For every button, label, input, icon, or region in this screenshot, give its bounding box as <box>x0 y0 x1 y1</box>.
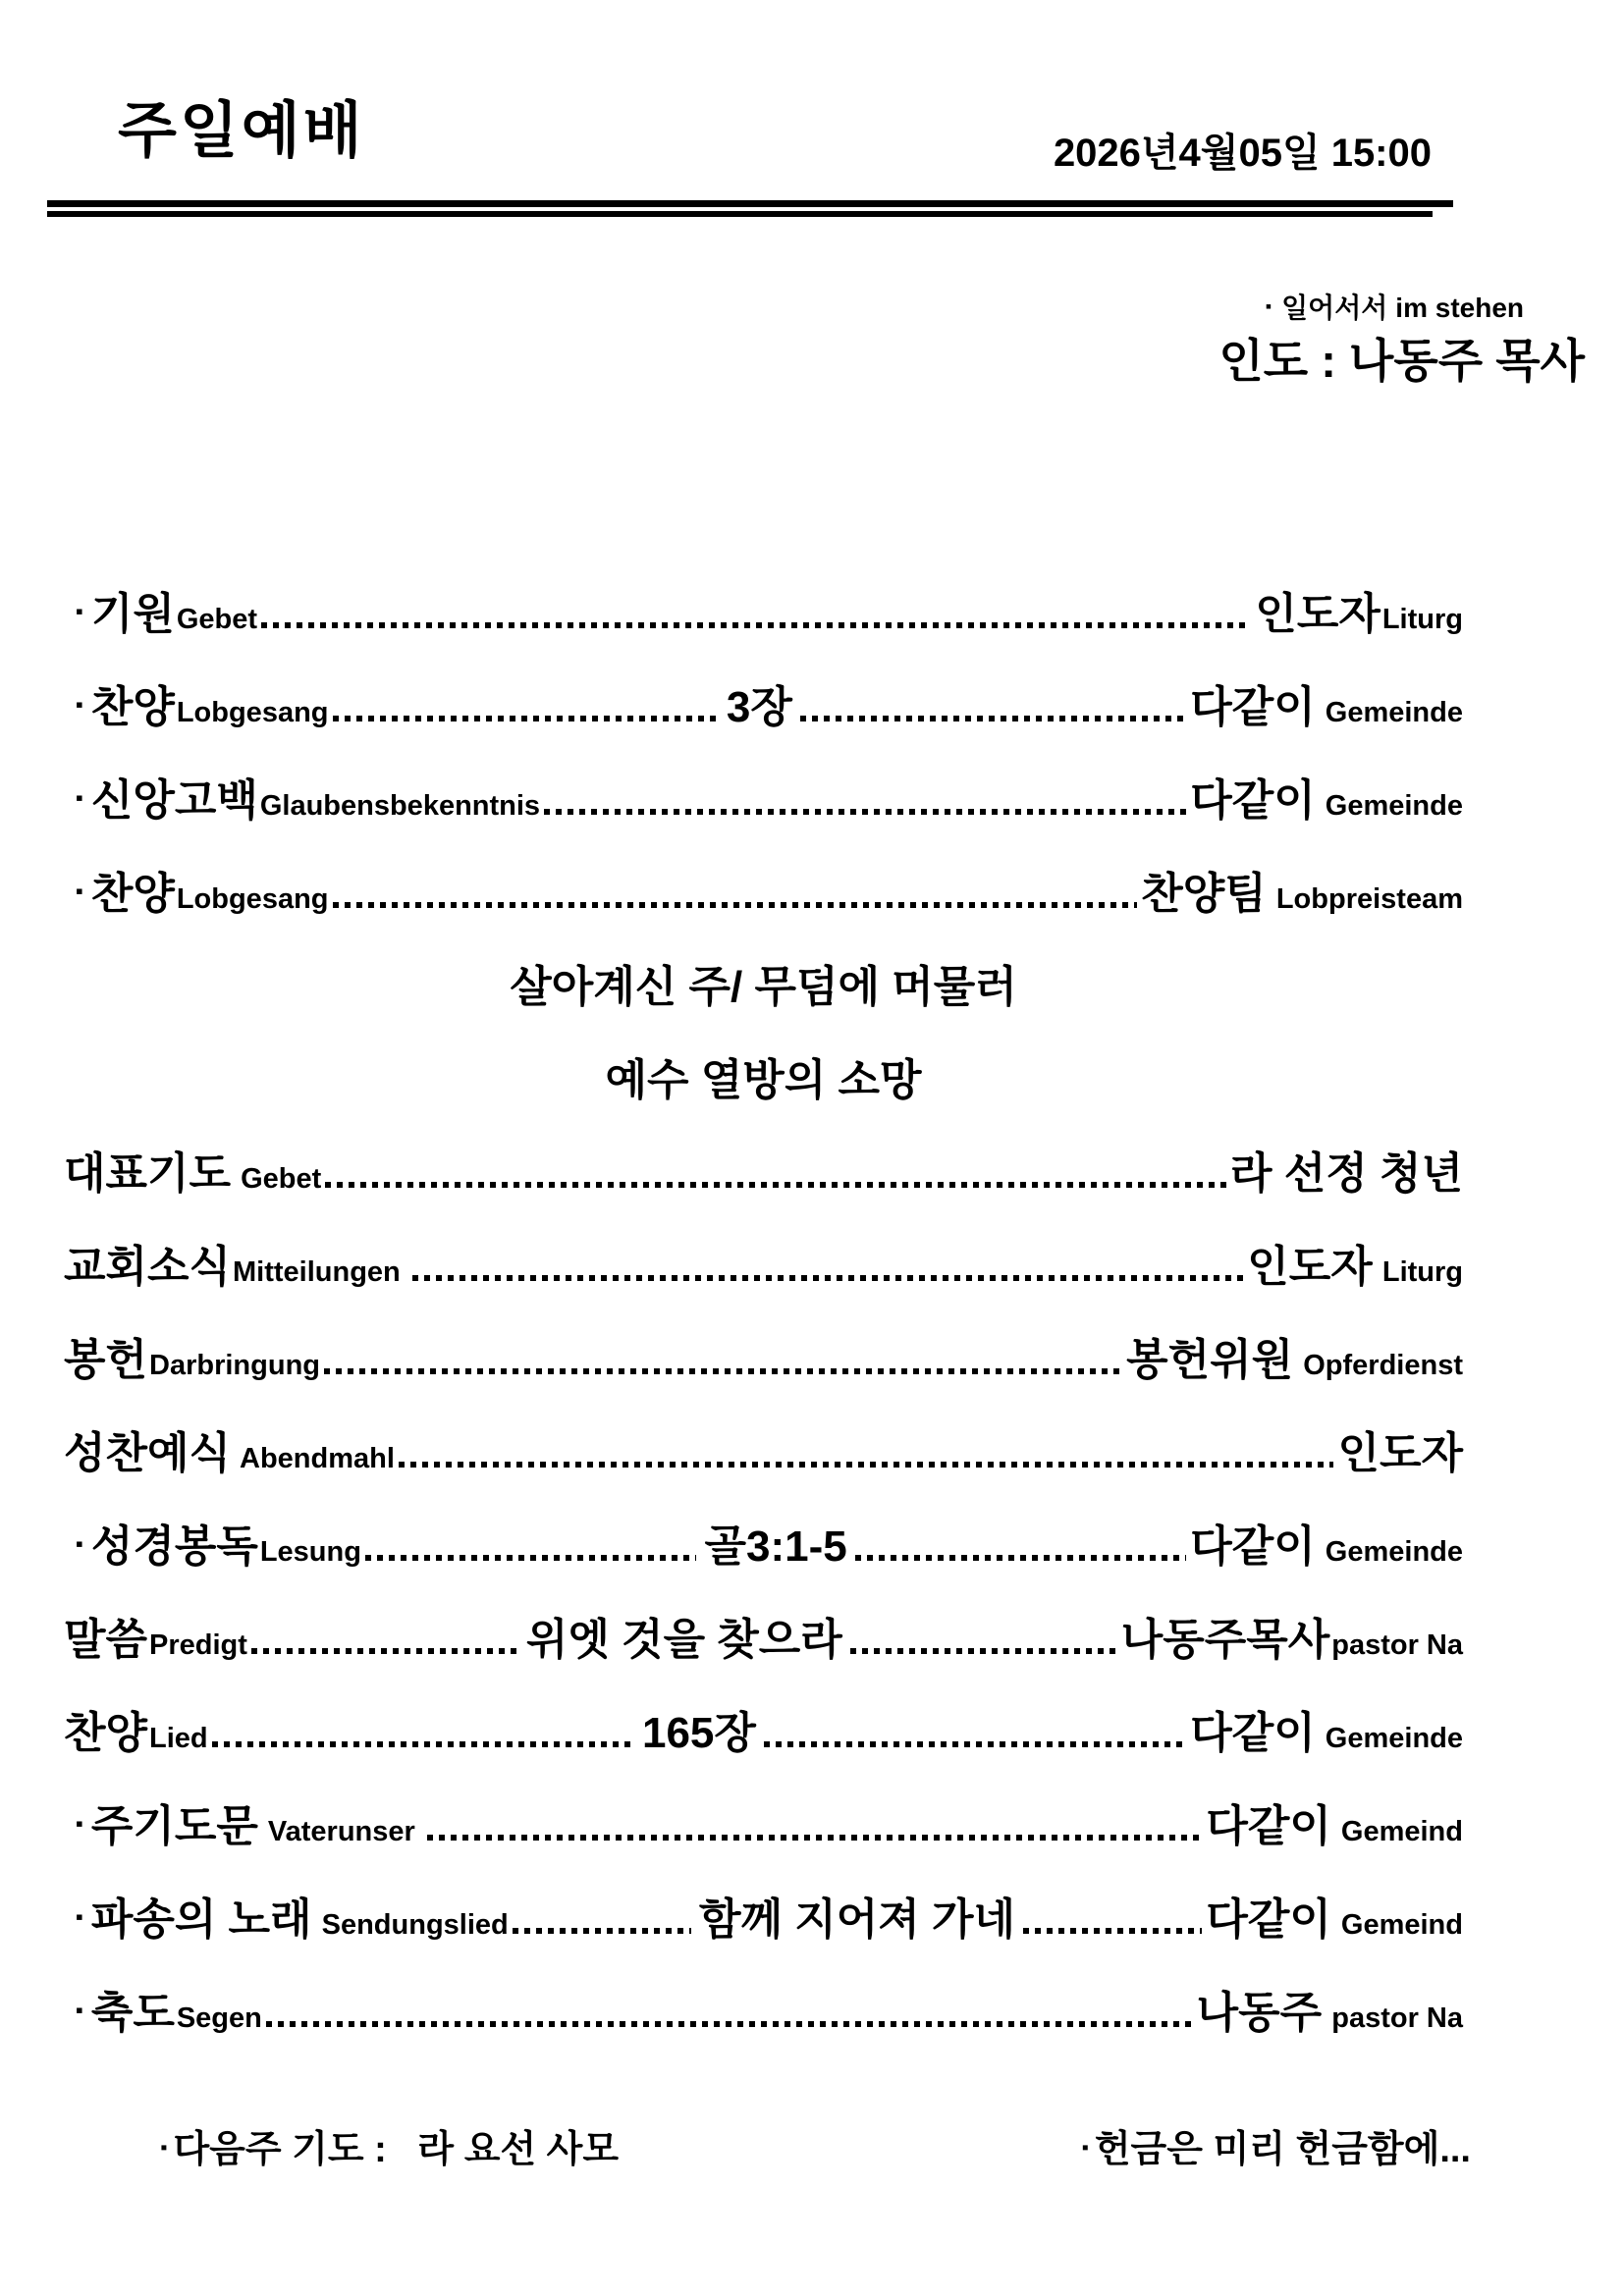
item-right-ko: 인도자 <box>1247 1244 1373 1291</box>
service-item-row: ▪ 기원 Gebet 인도자 Liturg <box>64 548 1463 641</box>
dot-leader <box>212 1741 634 1747</box>
item-right-ko: 라 선정 청년 <box>1230 1150 1463 1198</box>
item-label-de: Sendungslied <box>314 1910 509 1942</box>
item-right-de: Lobpreisteam <box>1269 884 1463 916</box>
square-bullet-icon: ▪ <box>76 1999 83 2022</box>
dot-leader <box>333 902 1138 908</box>
dot-leader <box>365 1555 697 1561</box>
item-right-de: pastor Na <box>1331 1630 1463 1662</box>
item-right-ko: 다같이 <box>1190 1523 1316 1571</box>
dot-leader <box>800 716 1186 721</box>
dot-leader <box>1023 1928 1202 1934</box>
item-label-ko: 기원 <box>91 591 175 638</box>
dot-leader <box>325 1182 1226 1188</box>
dot-leader <box>764 1741 1186 1747</box>
item-right-de: Liturg <box>1382 605 1463 636</box>
item-right-de: Gemeind <box>1333 1910 1463 1942</box>
square-bullet-icon: ▪ <box>76 600 83 623</box>
dot-leader <box>333 716 719 721</box>
service-item-row: ▪ 파송의 노래 Sendungslied 함께 지어져 가네 다같이 Geme… <box>64 1853 1463 1947</box>
item-right-de: Liturg <box>1375 1257 1463 1289</box>
square-bullet-icon: ▪ <box>76 786 83 810</box>
item-label-ko: 신앙고백 <box>91 777 258 825</box>
item-center-text: 3장 <box>727 684 792 731</box>
dot-leader <box>855 1555 1187 1561</box>
item-center-text: 함께 지어져 가네 <box>699 1896 1015 1944</box>
service-item-row: 봉헌 Darbringung 봉헌위원 Opferdienst <box>64 1294 1463 1387</box>
item-label-de: Lobgesang <box>177 884 329 916</box>
item-label-de: Predigt <box>149 1630 247 1662</box>
song-line: 예수 열방의 소망 <box>64 1014 1463 1107</box>
square-bullet-icon: ▪ <box>76 693 83 717</box>
dot-leader <box>850 1648 1117 1654</box>
service-item-row: ▪ 찬양 Lobgesang 3장 다같이 Gemeinde <box>64 641 1463 734</box>
page-title: 주일예배 <box>118 98 365 165</box>
item-label-ko: 대표기도 <box>64 1150 231 1198</box>
item-right-ko: 인도자 <box>1255 591 1380 638</box>
service-item-row: ▪ 축도 Segen 나동주 pastor Na <box>64 1947 1463 2040</box>
service-item-row: ▪ 성경봉독 Lesung 골3:1-5 다같이 Gemeinde <box>64 1480 1463 1574</box>
item-label-ko: 찬양 <box>91 871 175 918</box>
item-label-de: Abendmahl <box>233 1444 395 1475</box>
item-right-de: Gemeinde <box>1318 698 1463 729</box>
next-week-prayer-note: ▪다음주 기도 : 라 요선 사모 <box>98 2089 619 2212</box>
item-right-ko: 찬양팀 <box>1141 871 1267 918</box>
item-right-ko: 다같이 <box>1190 1710 1316 1757</box>
service-list: ▪ 기원 Gebet 인도자 Liturg ▪ 찬양 Lobgesang 3장 … <box>64 548 1463 2040</box>
bulletin-page: 주일예배 2026년4월05일 15:00 ▪일어서서im stehen 인도 … <box>0 0 1624 2296</box>
dot-leader <box>513 1928 691 1934</box>
item-right-ko: 다같이 <box>1190 684 1316 731</box>
divider-line-top <box>47 200 1453 207</box>
square-bullet-icon: ▪ <box>76 1905 83 1929</box>
dot-leader <box>261 622 1251 628</box>
square-bullet-icon: ▪ <box>76 880 83 903</box>
item-right-ko: 나동주 <box>1197 1990 1323 2037</box>
dot-leader <box>266 2021 1193 2027</box>
item-label-ko: 성찬예식 <box>64 1430 231 1477</box>
dot-leader <box>251 1648 518 1654</box>
item-right-ko: 다같이 <box>1190 777 1316 825</box>
presider-line: 인도 : 나동주 목사 <box>1218 336 1585 387</box>
next-week-prayer-text: 다음주 기도 : 라 요선 사모 <box>173 2129 619 2170</box>
square-bullet-icon: ▪ <box>160 2137 167 2159</box>
dot-leader <box>399 1462 1334 1468</box>
standing-note-de: im stehen <box>1395 293 1524 323</box>
item-label-ko: 찬양 <box>91 684 175 731</box>
item-label-de: Glaubensbekenntnis <box>260 791 540 823</box>
item-center-text: 골3:1-5 <box>704 1523 846 1571</box>
item-label-de: Segen <box>177 2003 262 2035</box>
item-right-de: Gemeind <box>1333 1817 1463 1848</box>
square-bullet-icon: ▪ <box>76 1812 83 1836</box>
service-item-row: 교회소식 Mitteilungen 인도자 Liturg <box>64 1201 1463 1294</box>
item-label-ko: 봉헌 <box>64 1337 147 1384</box>
service-item-row: 말씀 Predigt 위엣 것을 찾으라 나동주목사 pastor Na <box>64 1574 1463 1667</box>
song-title: 예수 열방의 소망 <box>606 1057 922 1104</box>
item-right-ko: 봉헌위원 <box>1126 1337 1293 1384</box>
item-label-ko: 찬양 <box>64 1710 147 1757</box>
header-divider <box>47 200 1453 217</box>
song-line: 살아계신 주/ 무덤에 머물러 <box>64 921 1463 1014</box>
item-label-de: Mitteilungen <box>233 1257 408 1289</box>
item-right-de: Gemeinde <box>1318 1724 1463 1755</box>
item-label-de: Darbringung <box>149 1351 320 1382</box>
item-right-ko: 다같이 <box>1206 1896 1331 1944</box>
item-label-ko: 성경봉독 <box>91 1523 258 1571</box>
item-label-ko: 파송의 노래 <box>91 1896 312 1944</box>
item-center-text: 위엣 것을 찾으라 <box>526 1617 842 1664</box>
item-label-de: Lobgesang <box>177 698 329 729</box>
item-right-de: Opferdienst <box>1295 1351 1463 1382</box>
offering-note-text: 헌금은 미리 헌금함에... <box>1095 2129 1471 2170</box>
divider-line-bottom <box>47 211 1433 217</box>
dot-leader <box>544 809 1186 815</box>
service-item-row: 찬양 Lied 165장 다같이 Gemeinde <box>64 1667 1463 1760</box>
service-datetime: 2026년4월05일 15:00 <box>1054 132 1432 175</box>
item-right-ko: 다같이 <box>1206 1803 1331 1850</box>
dot-leader <box>412 1275 1243 1281</box>
service-item-row: 성찬예식 Abendmahl 인도자 <box>64 1387 1463 1480</box>
square-bullet-icon: ▪ <box>1082 2137 1089 2159</box>
item-label-de: Gebet <box>177 605 257 636</box>
item-right-ko: 나동주목사 <box>1121 1617 1330 1664</box>
item-label-ko: 말씀 <box>64 1617 147 1664</box>
offering-note: ▪헌금은 미리 헌금함에... <box>1019 2089 1471 2212</box>
item-label-de: Gebet <box>233 1164 321 1196</box>
service-item-row: 대표기도 Gebet 라 선정 청년 <box>64 1107 1463 1201</box>
service-item-row: ▪ 신앙고백 Glaubensbekenntnis 다같이 Gemeinde <box>64 734 1463 828</box>
dot-leader <box>324 1368 1122 1374</box>
square-bullet-icon: ▪ <box>1266 296 1272 316</box>
item-label-de: Lesung <box>260 1537 361 1569</box>
song-title: 살아계신 주/ 무덤에 머물러 <box>510 964 1016 1011</box>
item-label-ko: 주기도문 <box>91 1803 258 1850</box>
item-right-de: pastor Na <box>1324 2003 1463 2035</box>
item-label-de: Vaterunser <box>260 1817 423 1848</box>
item-right-de: Gemeinde <box>1318 1537 1463 1569</box>
item-label-de: Lied <box>149 1724 208 1755</box>
service-item-row: ▪ 주기도문 Vaterunser 다같이 Gemeind <box>64 1760 1463 1853</box>
square-bullet-icon: ▪ <box>76 1532 83 1556</box>
standing-note-ko: 일어서서 <box>1281 293 1387 323</box>
item-label-ko: 축도 <box>91 1990 175 2037</box>
dot-leader <box>427 1835 1202 1841</box>
item-center-text: 165장 <box>642 1710 756 1757</box>
item-right-de: Gemeinde <box>1318 791 1463 823</box>
item-right-ko: 인도자 <box>1337 1430 1463 1477</box>
item-label-ko: 교회소식 <box>64 1244 231 1291</box>
service-item-row: ▪ 찬양 Lobgesang 찬양팀 Lobpreisteam <box>64 828 1463 921</box>
footer: ▪다음주 기도 : 라 요선 사모 ▪헌금은 미리 헌금함에... <box>98 2089 1471 2212</box>
